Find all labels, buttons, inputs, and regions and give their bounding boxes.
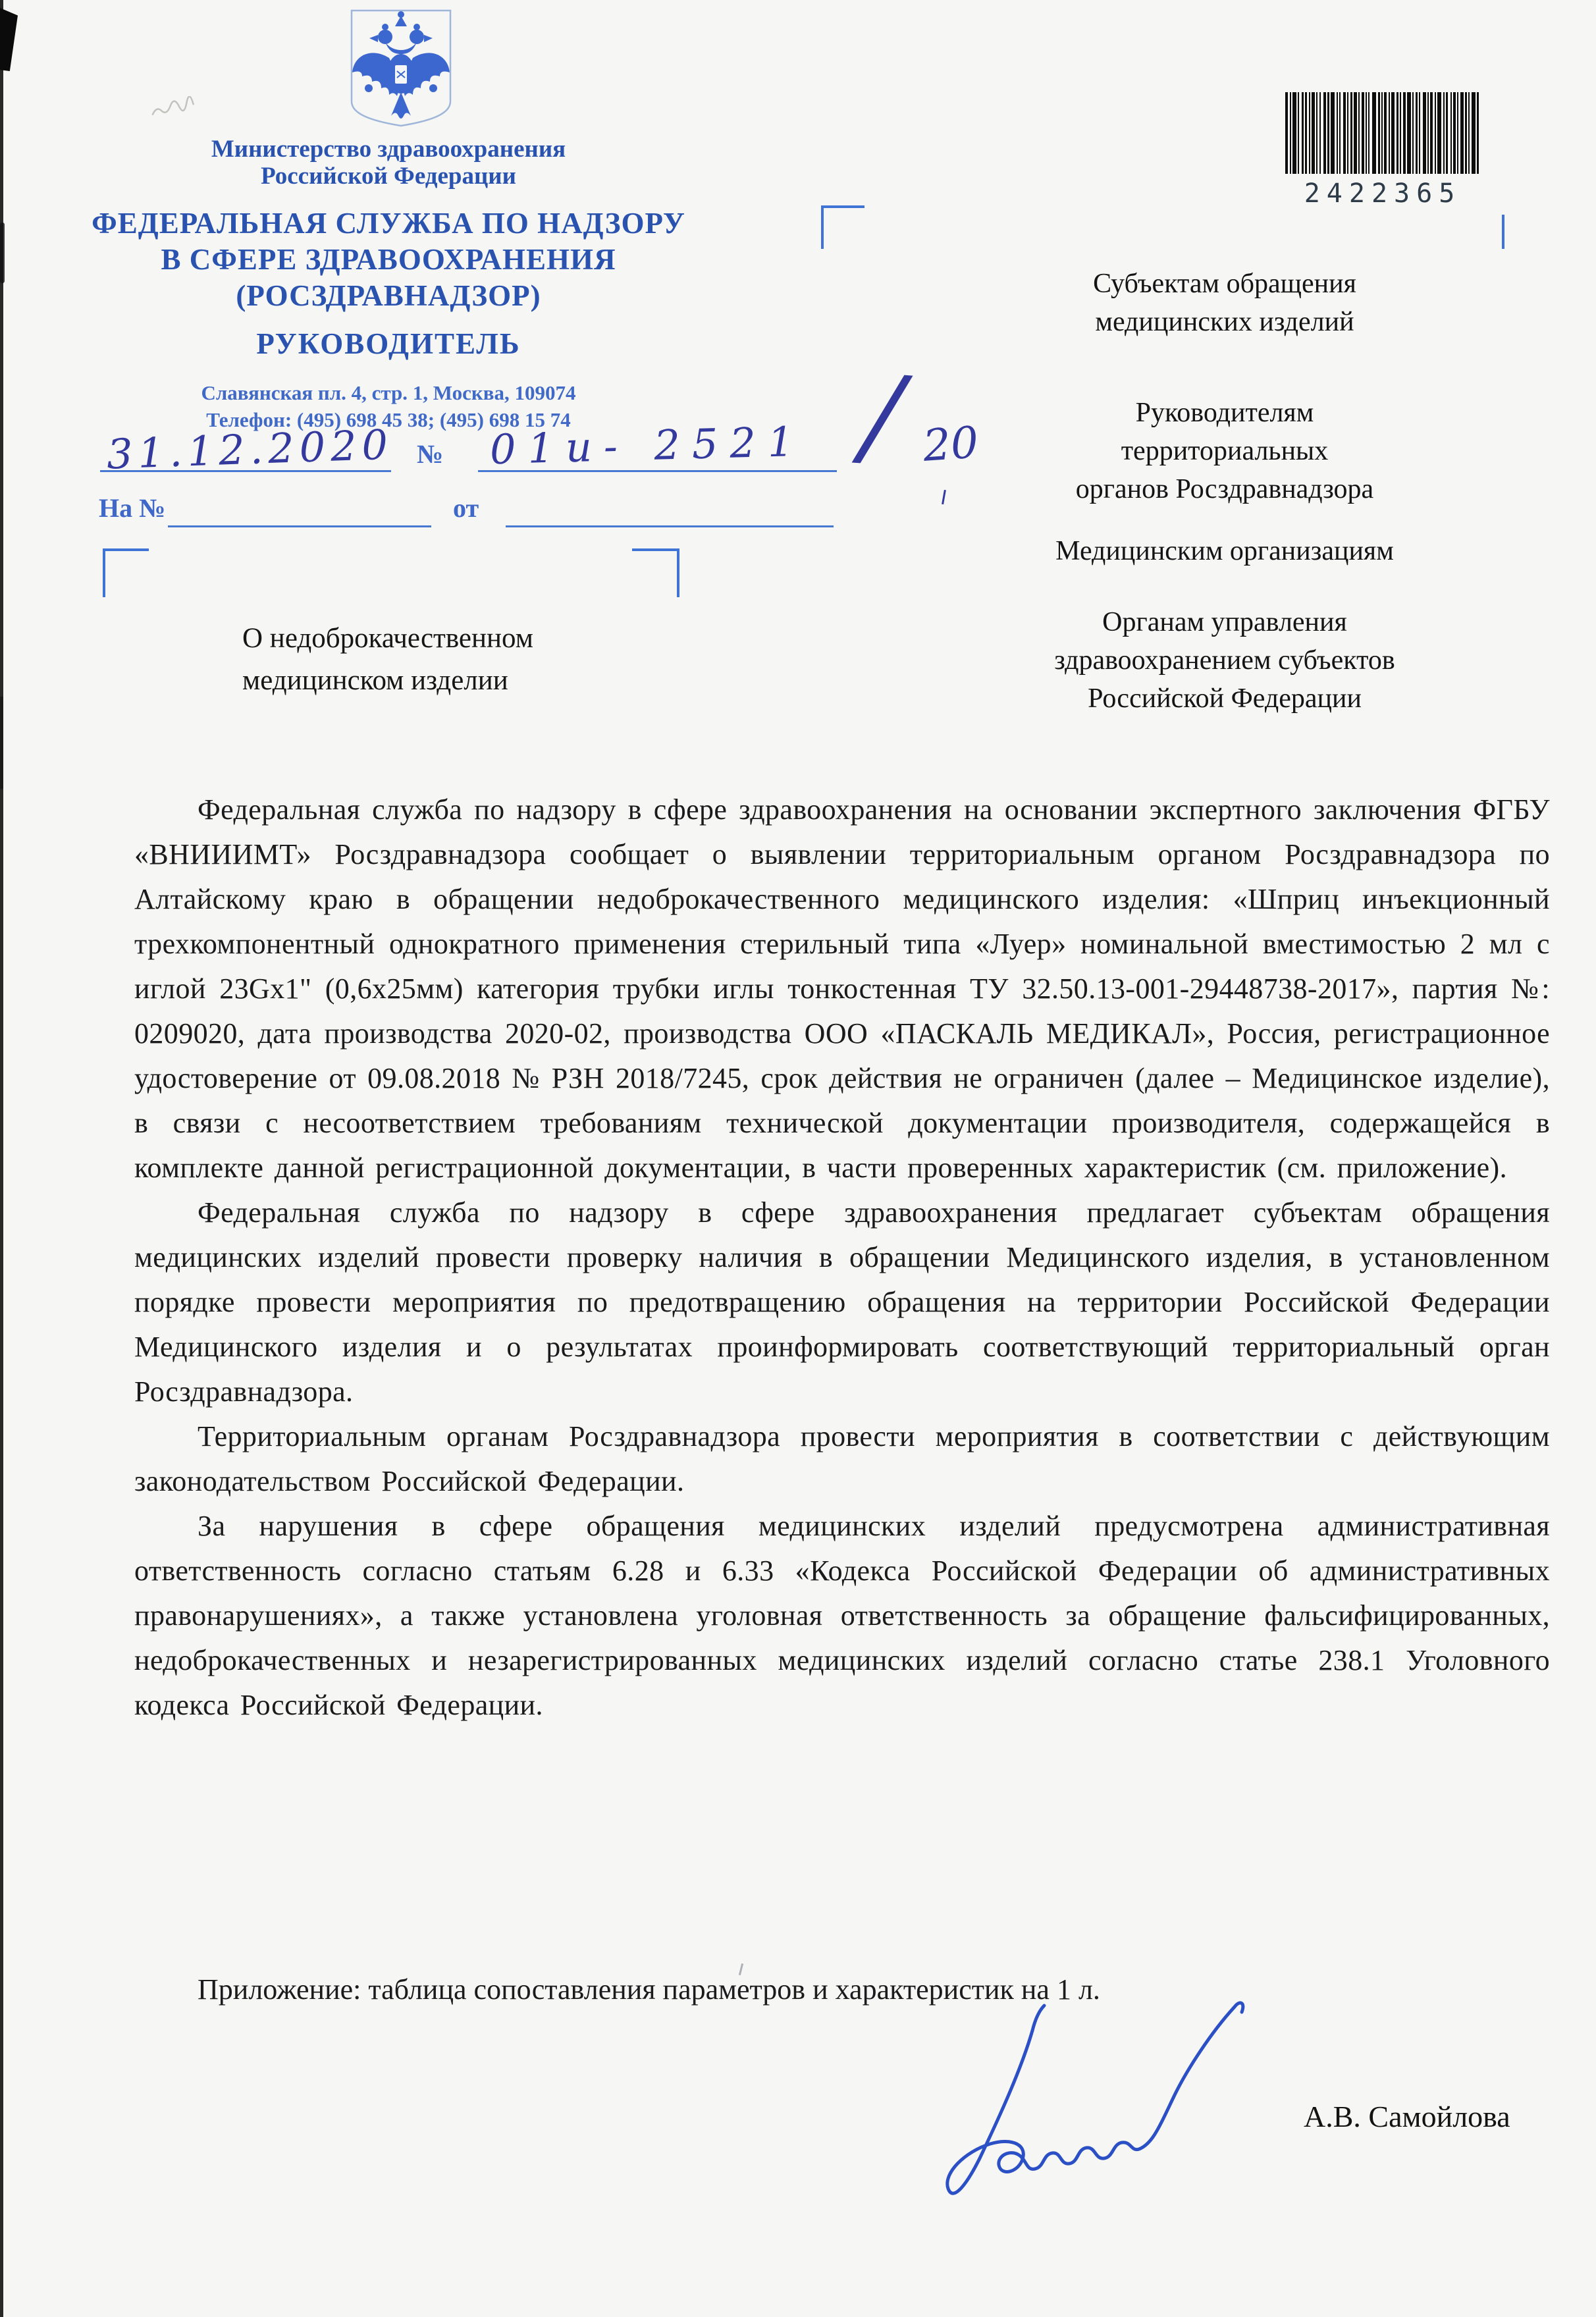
reply-number-underline [168, 525, 431, 527]
addressee-line: Субъектам обращения [922, 265, 1528, 303]
body-paragraph-2: Федеральная служба по надзору в сфере зд… [134, 1190, 1550, 1414]
subject-line: О недоброкачественном [242, 618, 611, 660]
scan-corner-artifact [0, 8, 18, 71]
ministry-line1: Министерство здравоохранения [59, 136, 718, 163]
addressee-territorial-heads: Руководителям территориальных органов Ро… [922, 394, 1528, 508]
handwritten-outgoing-number: 01и- 2521 [489, 417, 806, 474]
letterhead-address: Славянская пл. 4, стр. 1, Москва, 109074 [59, 379, 718, 406]
number-sign: № [417, 439, 443, 469]
handwritten-slash: / [860, 360, 905, 473]
body-paragraph-1: Федеральная служба по надзору в сфере зд… [134, 787, 1550, 1190]
addressee-line: медицинских изделий [922, 303, 1528, 341]
reply-number-label: На № [99, 493, 165, 523]
addressee-line: органов Росздравнадзора [922, 470, 1528, 508]
addressee-line: Медицинским организациям [922, 532, 1528, 570]
reply-from-label: от [453, 493, 479, 523]
letter-subject: О недоброкачественном медицинском издели… [242, 618, 611, 702]
barcode-digits: 2422365 [1284, 178, 1481, 209]
addressee-subjects: Субъектам обращения медицинских изделий [922, 265, 1528, 341]
addressee-health-authorities: Органам управления здравоохранением субъ… [922, 603, 1528, 718]
address-zone-bracket-bottom-left [103, 548, 149, 597]
ministry-name: Министерство здравоохранения Российской … [59, 136, 718, 190]
number-underline [478, 470, 837, 472]
scan-edge-mark [0, 223, 5, 283]
ministry-line2: Российской Федерации [59, 163, 718, 190]
service-line2: В СФЕРЕ ЗДРАВООХРАНЕНИЯ [46, 242, 731, 278]
addressee-line: территориальных [922, 432, 1528, 470]
barcode-bars [1285, 92, 1480, 174]
body-paragraph-4: За нарушения в сфере обращения медицинск… [134, 1504, 1550, 1728]
scanned-letter-page: Министерство здравоохранения Российской … [0, 0, 1596, 2317]
pencil-scribble [150, 96, 201, 119]
position-title: РУКОВОДИТЕЛЬ [46, 327, 731, 361]
attachment-note: Приложение: таблица сопоставления параме… [134, 1973, 1550, 2006]
addressee-line: здравоохранением субъектов [922, 641, 1528, 679]
address-zone-bracket-bottom-right [632, 548, 679, 597]
date-underline [100, 470, 391, 472]
scan-edge-artifact [0, 0, 3, 2317]
signer-name: А.В. Самойлова [1304, 2099, 1510, 2134]
letter-body: Федеральная служба по надзору в сфере зд… [134, 787, 1550, 1728]
service-line3: (РОСЗДРАВНАДЗОР) [46, 278, 731, 314]
scan-edge-mark [0, 697, 3, 789]
address-zone-bracket-right-tick [1502, 215, 1504, 249]
addressee-line: Российской Федерации [922, 679, 1528, 718]
service-name: ФЕДЕРАЛЬНАЯ СЛУЖБА ПО НАДЗОРУ В СФЕРЕ ЗД… [46, 205, 731, 314]
service-line1: ФЕДЕРАЛЬНАЯ СЛУЖБА ПО НАДЗОРУ [46, 205, 731, 242]
address-zone-bracket-top-left [821, 205, 864, 249]
russia-coat-of-arms-icon [348, 8, 454, 128]
reply-date-underline [506, 525, 834, 527]
registration-barcode: 2422365 [1284, 92, 1481, 209]
body-paragraph-3: Территориальным органам Росздравнадзора … [134, 1414, 1550, 1504]
subject-line: медицинском изделии [242, 660, 611, 702]
handwritten-signature [935, 1979, 1264, 2210]
addressee-medical-organizations: Медицинским организациям [922, 532, 1528, 570]
addressee-line: Руководителям [922, 394, 1528, 432]
addressee-line: Органам управления [922, 603, 1528, 641]
